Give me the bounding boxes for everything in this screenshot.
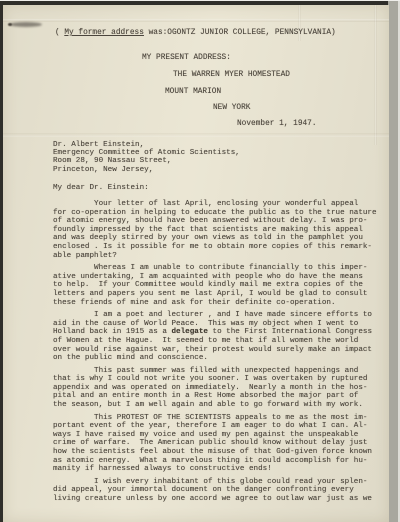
pencil-smudge [10, 22, 42, 27]
paragraph-2: Whereas I am unable to contribute financ… [53, 264, 393, 307]
recipient-block: Dr. Albert Einstein, Emergency Committee… [53, 141, 240, 174]
pencil-smudge-dot [8, 23, 12, 26]
former-address-prefix: ( [55, 29, 64, 37]
present-address-line1: THE WARREN MYER HOMESTEAD [173, 71, 290, 80]
present-address-line3: NEW YORK [213, 104, 250, 113]
paragraph-6: I wish every inhabitant of this globe co… [53, 478, 393, 504]
former-address-rest: was:OGONTZ JUNIOR COLLEGE, PENNSYLVANIA) [144, 29, 336, 37]
paragraph-4: This past summer was filled with unexpec… [53, 367, 393, 410]
former-address-underlined: My former address [64, 29, 144, 37]
delegate-line-pre: Holland back in 1915 as a [53, 328, 171, 336]
paragraph-5: This PROTEST OF THE SCIENTISTS appeals t… [53, 414, 393, 474]
delegate-line-post: to the First International Congress [208, 328, 372, 336]
letter-body: Your letter of last April, enclosing you… [53, 200, 393, 508]
scanned-letter-page: ( My former address was:OGONTZ JUNIOR CO… [0, 0, 400, 522]
present-address-heading: MY PRESENT ADDRESS: [142, 54, 231, 63]
present-address-line2: MOUNT MARION [165, 88, 221, 97]
delegate-bold-word: delegate [171, 328, 207, 336]
date-line: November 1, 1947. [237, 120, 317, 129]
paragraph-1: Your letter of last April, enclosing you… [53, 200, 393, 260]
paragraph-3-part-c: of Women at the Hague. It seemed to me t… [53, 337, 393, 363]
scan-top-edge-highlight [0, 0, 400, 1]
fold-crease-horizontal-mid [3, 133, 389, 137]
paragraph-3-delegate-line: Holland back in 1915 as a delegate to th… [53, 328, 393, 337]
former-address-line: ( My former address was:OGONTZ JUNIOR CO… [55, 29, 336, 38]
fold-crease-vertical-right [374, 5, 377, 145]
paragraph-3-part-a: I am a poet and lecturer , and I have ma… [53, 311, 393, 328]
salutation: My dear Dr. Einstein: [53, 184, 149, 193]
letter-paper: ( My former address was:OGONTZ JUNIOR CO… [3, 5, 389, 522]
fold-crease-horizontal-top [3, 19, 389, 22]
